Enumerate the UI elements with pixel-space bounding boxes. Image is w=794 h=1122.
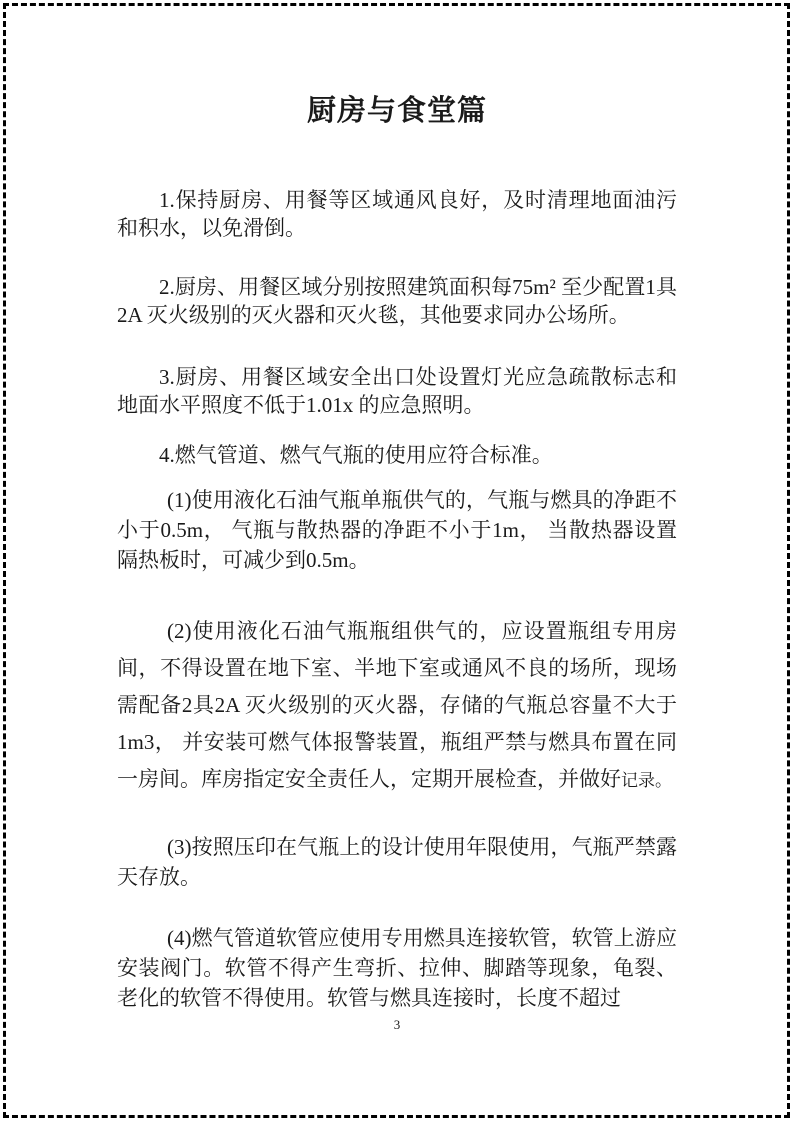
paragraph-1: 1.保持厨房、用餐等区域通风良好，及时清理地面油污和积水，以免滑倒。 — [117, 186, 677, 242]
document-page: 厨房与食堂篇 1.保持厨房、用餐等区域通风良好，及时清理地面油污和积水，以免滑倒… — [117, 0, 677, 1033]
subparagraph-4-2-main: (2)使用液化石油气瓶瓶组供气的，应设置瓶组专用房间，不得设置在地下室、半地下室… — [117, 619, 677, 791]
subparagraph-4-3: (3)按照压印在气瓶上的设计使用年限使用，气瓶严禁露天存放。 — [117, 832, 677, 892]
page-number: 3 — [117, 1017, 677, 1033]
paragraph-2: 2.厨房、用餐区域分别按照建筑面积每75m² 至少配置1具 2A 灭火级别的灭火… — [117, 273, 677, 329]
document-title: 厨房与食堂篇 — [117, 92, 677, 130]
subparagraph-4-2: (2)使用液化石油气瓶瓶组供气的，应设置瓶组专用房间，不得设置在地下室、半地下室… — [117, 613, 677, 799]
subparagraph-4-1: (1)使用液化石油气瓶单瓶供气的，气瓶与燃具的净距不小于0.5m， 气瓶与散热器… — [117, 485, 677, 575]
paragraph-4: 4.燃气管道、燃气气瓶的使用应符合标准。 — [117, 441, 677, 469]
subparagraph-4-2-tail: 记录。 — [621, 771, 672, 790]
subparagraph-4-4: (4)燃气管道软管应使用专用燃具连接软管，软管上游应安装阀门。软管不得产生弯折、… — [117, 923, 677, 1013]
paragraph-3: 3.厨房、用餐区域安全出口处设置灯光应急疏散标志和地面水平照度不低于1.01x … — [117, 363, 677, 419]
